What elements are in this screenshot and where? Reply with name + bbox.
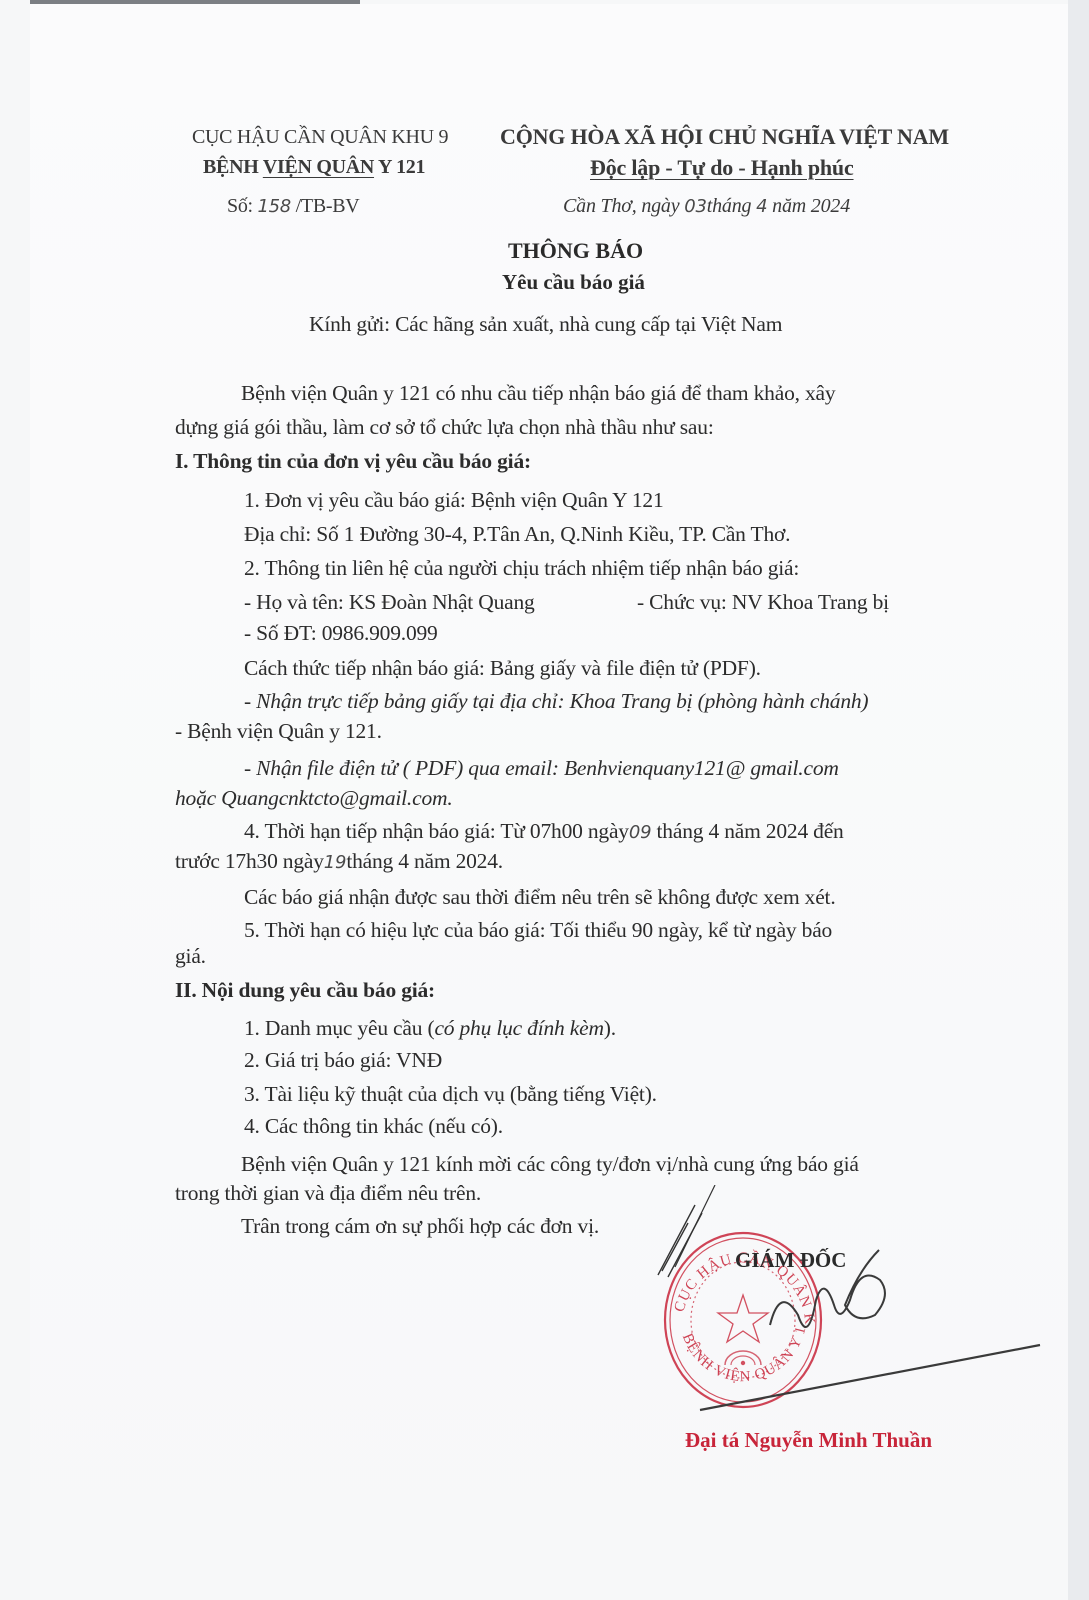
section-1-item-5-cont: giá. bbox=[175, 944, 206, 969]
header-date: Cần Thơ, ngày 03tháng 4 năm 2024 bbox=[563, 195, 850, 218]
section-2-item-1-italic: có phụ lục đính kèm bbox=[434, 1016, 603, 1040]
document-number-label: Số: bbox=[227, 195, 257, 217]
contact-phone: - Số ĐT: 0986.909.099 bbox=[244, 621, 438, 646]
document-number-handwritten: 158 bbox=[257, 196, 290, 217]
section-2-item-3: 3. Tài liệu kỹ thuật của dịch vụ (bằng t… bbox=[244, 1082, 657, 1107]
section-2-item-2: 2. Giá trị báo giá: VNĐ bbox=[244, 1048, 442, 1073]
deadline-from-text: 4. Thời hạn tiếp nhận báo giá: Từ 07h00 … bbox=[244, 819, 629, 843]
section-1-item-4: 4. Thời hạn tiếp nhận báo giá: Từ 07h00 … bbox=[244, 819, 844, 844]
header-unit-underlined: VIỆN QUÂN bbox=[263, 156, 374, 178]
date-day: 03 bbox=[684, 196, 707, 217]
receipt-method: Cách thức tiếp nhận báo giá: Bảng giấy v… bbox=[244, 656, 761, 681]
date-month: 4 bbox=[756, 196, 767, 217]
section-2-heading: II. Nội dung yêu cầu báo giá: bbox=[175, 978, 435, 1003]
doc-subtitle: Yêu cầu báo giá bbox=[502, 270, 645, 295]
contact-name: - Họ và tên: KS Đoàn Nhật Quang bbox=[244, 590, 535, 615]
doc-recipient: Kính gửi: Các hãng sản xuất, nhà cung cấ… bbox=[309, 312, 782, 337]
deadline-to-rest: tháng 4 năm 2024. bbox=[346, 849, 503, 873]
late-note: Các báo giá nhận được sau thời điểm nêu … bbox=[244, 885, 836, 910]
deadline-to-text: trước 17h30 ngày bbox=[175, 849, 324, 873]
signer-name: Đại tá Nguyễn Minh Thuần bbox=[685, 1428, 932, 1453]
section-1-address: Địa chỉ: Số 1 Đường 30-4, P.Tân An, Q.Ni… bbox=[244, 522, 790, 547]
date-month-label: tháng bbox=[707, 195, 756, 217]
scan-edge-right bbox=[1068, 0, 1089, 1600]
signer-role: GIÁM ĐỐC bbox=[735, 1248, 846, 1273]
section-2-item-1: 1. Danh mục yêu cầu (có phụ lục đính kèm… bbox=[244, 1016, 616, 1041]
intro-line-1: Bệnh viện Quân y 121 có nhu cầu tiếp nhậ… bbox=[241, 381, 835, 406]
section-1-item-1: 1. Đơn vị yêu cầu báo giá: Bệnh viện Quâ… bbox=[244, 488, 664, 513]
section-2-item-1-prefix: 1. Danh mục yêu cầu ( bbox=[244, 1016, 434, 1040]
header-unit: BỆNH VIỆN QUÂN Y 121 bbox=[203, 156, 425, 179]
header-unit-suffix: Y 121 bbox=[374, 156, 425, 178]
document-number-suffix: /TB-BV bbox=[291, 195, 359, 217]
closing-line-1: Bệnh viện Quân y 121 kính mời các công t… bbox=[241, 1152, 859, 1177]
section-1-item-2: 2. Thông tin liên hệ của người chịu trác… bbox=[244, 556, 799, 581]
section-1-item-5: 5. Thời hạn có hiệu lực của báo giá: Tối… bbox=[244, 918, 832, 943]
header-agency: CỤC HẬU CẦN QUÂN KHU 9 bbox=[192, 126, 448, 149]
doc-title: THÔNG BÁO bbox=[508, 238, 643, 264]
header-motto: Độc lập - Tự do - Hạnh phúc bbox=[590, 155, 854, 181]
scan-edge bbox=[30, 0, 360, 4]
receipt-method-paper: - Nhận trực tiếp bảng giấy tại địa chỉ: … bbox=[244, 689, 868, 714]
receipt-method-email: - Nhận file điện tử ( PDF) qua email: Be… bbox=[244, 756, 839, 781]
section-1-heading: I. Thông tin của đơn vị yêu cầu báo giá: bbox=[175, 449, 531, 474]
section-2-item-4: 4. Các thông tin khác (nếu có). bbox=[244, 1114, 503, 1139]
date-year: năm 2024 bbox=[767, 195, 850, 217]
contact-position: - Chức vụ: NV Khoa Trang bị bbox=[637, 590, 889, 615]
document-number: Số: 158 /TB-BV bbox=[227, 195, 359, 218]
intro-line-2: dựng giá gói thầu, làm cơ sở tổ chức lựa… bbox=[175, 415, 714, 440]
receipt-method-paper-cont: - Bệnh viện Quân y 121. bbox=[175, 719, 382, 744]
deadline-from-day: 09 bbox=[629, 822, 652, 843]
closing-line-2: trong thời gian và địa điểm nêu trên. bbox=[175, 1181, 481, 1206]
section-2-item-1-suffix: ). bbox=[604, 1016, 616, 1040]
deadline-from-rest: tháng 4 năm 2024 đến bbox=[651, 819, 843, 843]
signature-icon bbox=[640, 1185, 1060, 1425]
header-unit-prefix: BỆNH bbox=[203, 156, 263, 178]
section-1-item-4-cont: trước 17h30 ngày19tháng 4 năm 2024. bbox=[175, 849, 503, 874]
receipt-method-email-cont: hoặc Quangcnktcto@gmail.com. bbox=[175, 786, 453, 811]
header-motto-text: Độc lập - Tự do - Hạnh phúc bbox=[590, 155, 854, 180]
thanks-line: Trân trong cám ơn sự phối hợp các đơn vị… bbox=[241, 1214, 599, 1239]
date-place: Cần Thơ, ngày bbox=[563, 195, 684, 217]
header-nation: CỘNG HÒA XÃ HỘI CHỦ NGHĨA VIỆT NAM bbox=[500, 124, 949, 150]
deadline-to-day: 19 bbox=[324, 852, 347, 873]
